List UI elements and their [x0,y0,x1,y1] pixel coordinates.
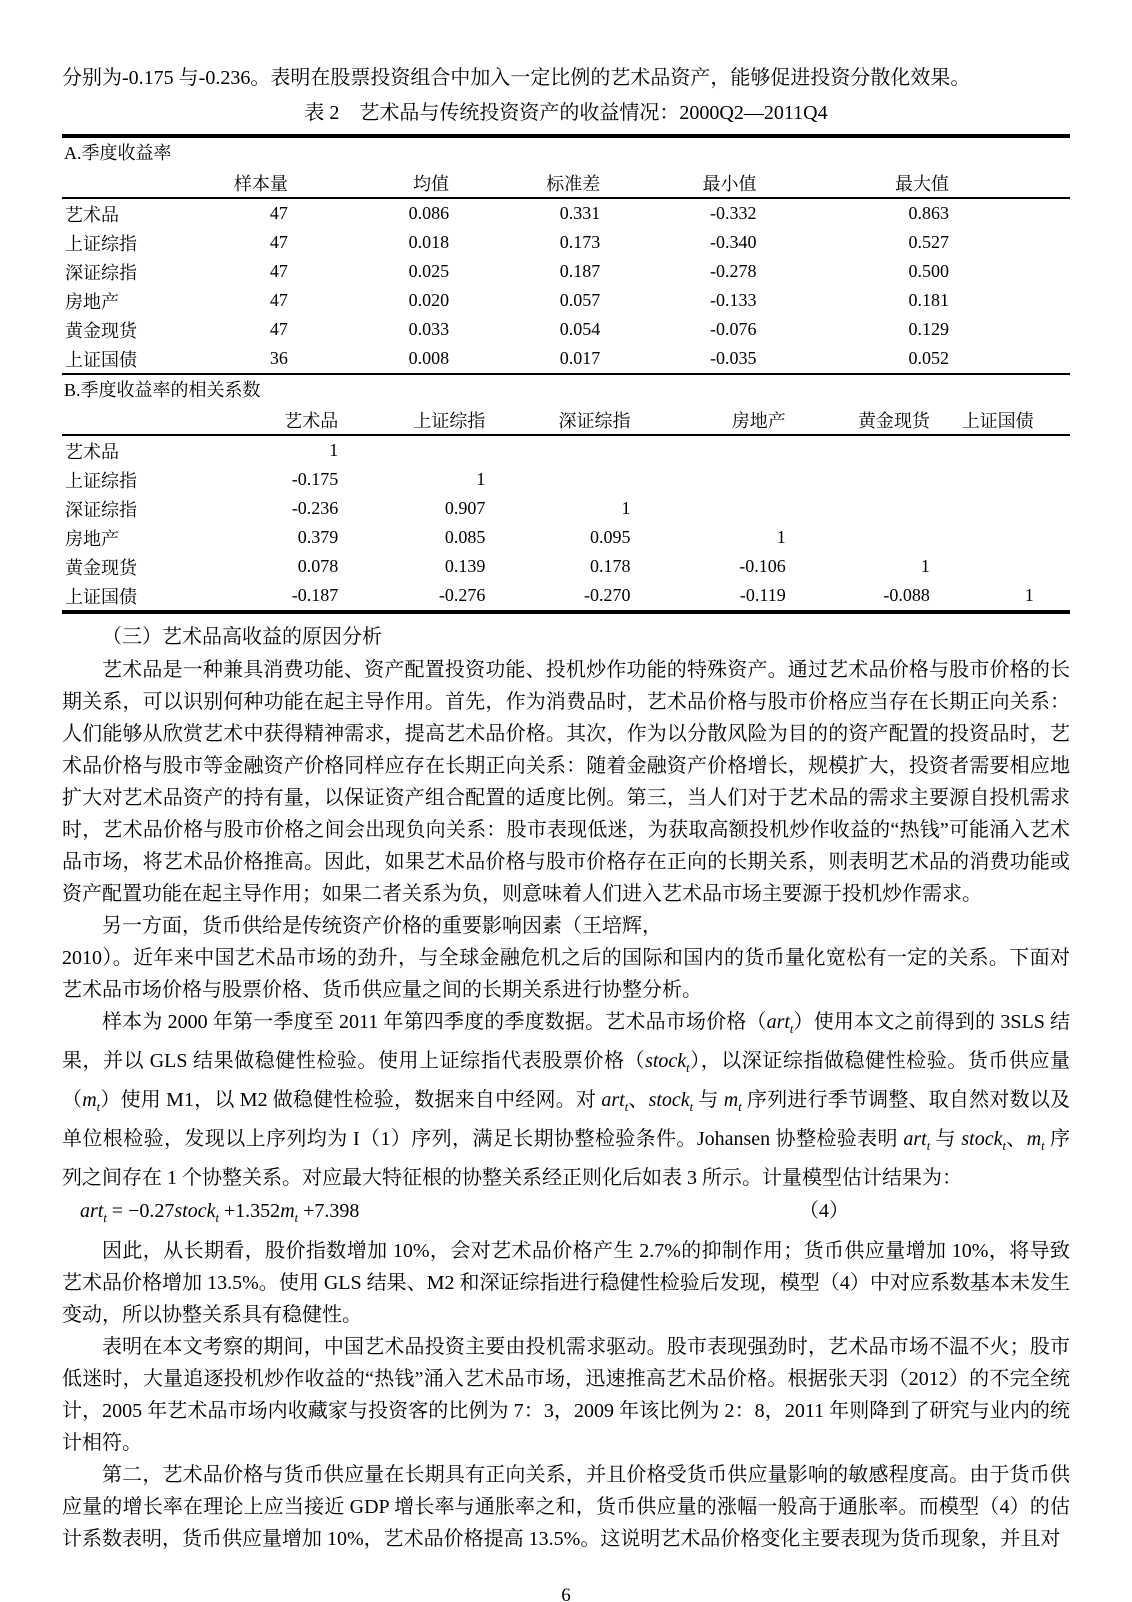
row-label: 房地产 [62,523,203,552]
cell-value: 0.907 [344,494,491,523]
cell-value: 最小值 [606,168,762,198]
cell-value [1040,494,1070,523]
cell-value: 0.863 [763,198,956,228]
row-label: 房地产 [62,286,203,315]
row-label: 黄金现货 [62,315,203,344]
paragraph-speculation: 表明在本文考察的期间，中国艺术品投资主要由投机需求驱动。股市表现强劲时，艺术品市… [62,1331,1070,1459]
cell-value: 0.078 [203,552,344,581]
row-label: 上证综指 [62,228,203,257]
cell-value: 0.181 [763,286,956,315]
cell-value: 标准差 [455,168,606,198]
equation-number: （4） [799,1194,849,1228]
cell-value: 0.057 [455,286,606,315]
table-row: 深证综指470.0250.187-0.2780.500 [62,257,1070,286]
cell-value [936,552,1040,581]
cell-value: 房地产 [637,405,792,435]
cell-value: 最大值 [763,168,956,198]
cell-value: -0.076 [606,315,762,344]
cell-value: 0.173 [455,228,606,257]
cell-value [936,465,1040,494]
cell-value: -0.340 [606,228,762,257]
cell-value: 1 [344,465,491,494]
row-label: 上证国债 [62,344,203,373]
cell-value: 47 [203,257,294,286]
cell-value [955,344,1070,373]
cell-value: 1 [203,435,344,465]
cell-value [955,168,1070,198]
cell-value: 上证国债 [936,405,1040,435]
cell-value [637,435,792,465]
cell-value: 0.178 [491,552,636,581]
cell-value: 47 [203,315,294,344]
cell-value: -0.332 [606,198,762,228]
cell-value: -0.187 [203,581,344,610]
paragraph-money-supply-line1: 另一方面，货币供给是传统资产价格的重要影响因素（王培辉， [62,910,1070,942]
table-row: 黄金现货0.0780.1390.178-0.1061 [62,552,1070,581]
cell-value: 0.129 [763,315,956,344]
table-row: 艺术品1 [62,435,1070,465]
cell-value [1040,552,1070,581]
cell-value [955,198,1070,228]
cell-value: -0.278 [606,257,762,286]
cell-value [955,257,1070,286]
cell-value [1040,523,1070,552]
section-heading: （三）艺术品高收益的原因分析 [62,620,1070,654]
panel-b-table: 艺术品上证综指深证综指房地产黄金现货上证国债艺术品1上证综指-0.1751深证综… [62,405,1070,610]
paragraph-therefore: 因此，从长期看，股价指数增加 10%，会对艺术品价格产生 2.7%的抑制作用；货… [62,1235,1070,1331]
cell-value: 0.033 [294,315,455,344]
cell-value: 47 [203,198,294,228]
cell-value: 艺术品 [203,405,344,435]
cell-value [1040,435,1070,465]
cell-value: 0.379 [203,523,344,552]
row-label: 黄金现货 [62,552,203,581]
panel-a-label: A.季度收益率 [62,138,1070,168]
cell-value [955,286,1070,315]
cell-value: -0.035 [606,344,762,373]
table-row: 深证综指-0.2360.9071 [62,494,1070,523]
cell-value: 0.500 [763,257,956,286]
row-label: 深证综指 [62,257,203,286]
row-label: 艺术品 [62,435,203,465]
cell-value: 1 [491,494,636,523]
page-number: 6 [62,1585,1070,1602]
equation-4: artt = −0.27stockt +1.352mt +7.398 （4） [62,1194,1070,1235]
cell-value: 0.018 [294,228,455,257]
cell-value: 黄金现货 [792,405,936,435]
cell-value [1040,405,1070,435]
row-label: 艺术品 [62,198,203,228]
cell-value [344,435,491,465]
cell-value: -0.088 [792,581,936,610]
paragraph-money-supply-rest: 2010）。近年来中国艺术品市场的劲升，与全球金融危机之后的国际和国内的货币量化… [62,942,1070,1006]
cell-value: 0.054 [455,315,606,344]
paragraph-art-functions: 艺术品是一种兼具消费功能、资产配置投资功能、投机炒作功能的特殊资产。通过艺术品价… [62,654,1070,910]
cell-value [1040,465,1070,494]
cell-value [1040,581,1070,610]
table-row: 艺术品470.0860.331-0.3320.863 [62,198,1070,228]
row-label: 上证综指 [62,465,203,494]
cell-value [637,494,792,523]
table-row: 上证国债-0.187-0.276-0.270-0.119-0.0881 [62,581,1070,610]
cell-value [936,523,1040,552]
row-label [62,405,203,435]
cell-value [491,465,636,494]
cell-value: -0.236 [203,494,344,523]
table-row: 样本量均值标准差最小值最大值 [62,168,1070,198]
panel-b-label: B.季度收益率的相关系数 [62,373,1070,405]
cell-value: 均值 [294,168,455,198]
cell-value: -0.119 [637,581,792,610]
cell-value: 0.527 [763,228,956,257]
cell-value: -0.276 [344,581,491,610]
row-label [62,168,203,198]
table-row: 上证国债360.0080.017-0.0350.052 [62,344,1070,373]
cell-value: 0.331 [455,198,606,228]
cell-value [936,435,1040,465]
table-title: 表 2 艺术品与传统投资资产的收益情况：2000Q2—2011Q4 [62,96,1070,130]
panel-b-body: 艺术品上证综指深证综指房地产黄金现货上证国债艺术品1上证综指-0.1751深证综… [62,405,1070,610]
cell-value: -0.133 [606,286,762,315]
cell-value: 样本量 [203,168,294,198]
cell-value: 上证综指 [344,405,491,435]
cell-value: 0.020 [294,286,455,315]
cell-value: 深证综指 [491,405,636,435]
panel-a-table: 样本量均值标准差最小值最大值艺术品470.0860.331-0.3320.863… [62,168,1070,373]
cell-value: 0.086 [294,198,455,228]
cell-value [491,435,636,465]
cell-value [792,435,936,465]
cell-value: 0.008 [294,344,455,373]
cell-value: 0.139 [344,552,491,581]
cell-value: 36 [203,344,294,373]
cell-value [955,315,1070,344]
table-row: 房地产0.3790.0850.0951 [62,523,1070,552]
cell-value: 0.085 [344,523,491,552]
cell-value [792,523,936,552]
cell-value: -0.270 [491,581,636,610]
table-2: A.季度收益率 样本量均值标准差最小值最大值艺术品470.0860.331-0.… [62,134,1070,614]
cell-value [637,465,792,494]
cell-value: 1 [792,552,936,581]
cell-value: 47 [203,286,294,315]
row-label: 深证综指 [62,494,203,523]
cell-value: 1 [936,581,1040,610]
paragraph-sample-data: 样本为 2000 年第一季度至 2011 年第四季度的季度数据。艺术品市场价格（… [62,1006,1070,1194]
cell-value: 0.052 [763,344,956,373]
paper-page: 分别为-0.175 与-0.236。表明在股票投资组合中加入一定比例的艺术品资产… [0,0,1132,1602]
table-row: 上证综指470.0180.173-0.3400.527 [62,228,1070,257]
intro-paragraph: 分别为-0.175 与-0.236。表明在股票投资组合中加入一定比例的艺术品资产… [62,62,1070,94]
cell-value [792,465,936,494]
cell-value [936,494,1040,523]
cell-value: -0.106 [637,552,792,581]
table-row: 房地产470.0200.057-0.1330.181 [62,286,1070,315]
paragraph-second-point: 第二，艺术品价格与货币供应量在长期具有正向关系，并且价格受货币供应量影响的敏感程… [62,1459,1070,1555]
cell-value [955,228,1070,257]
cell-value [792,494,936,523]
row-label: 上证国债 [62,581,203,610]
cell-value: 1 [637,523,792,552]
table-row: 上证综指-0.1751 [62,465,1070,494]
cell-value: 0.025 [294,257,455,286]
cell-value: 47 [203,228,294,257]
table-row: 黄金现货470.0330.054-0.0760.129 [62,315,1070,344]
cell-value: 0.017 [455,344,606,373]
panel-a-body: 样本量均值标准差最小值最大值艺术品470.0860.331-0.3320.863… [62,168,1070,373]
cell-value: -0.175 [203,465,344,494]
cell-value: 0.187 [455,257,606,286]
equation-formula: artt = −0.27stockt +1.352mt +7.398 [80,1200,359,1222]
cell-value: 0.095 [491,523,636,552]
table-row: 艺术品上证综指深证综指房地产黄金现货上证国债 [62,405,1070,435]
